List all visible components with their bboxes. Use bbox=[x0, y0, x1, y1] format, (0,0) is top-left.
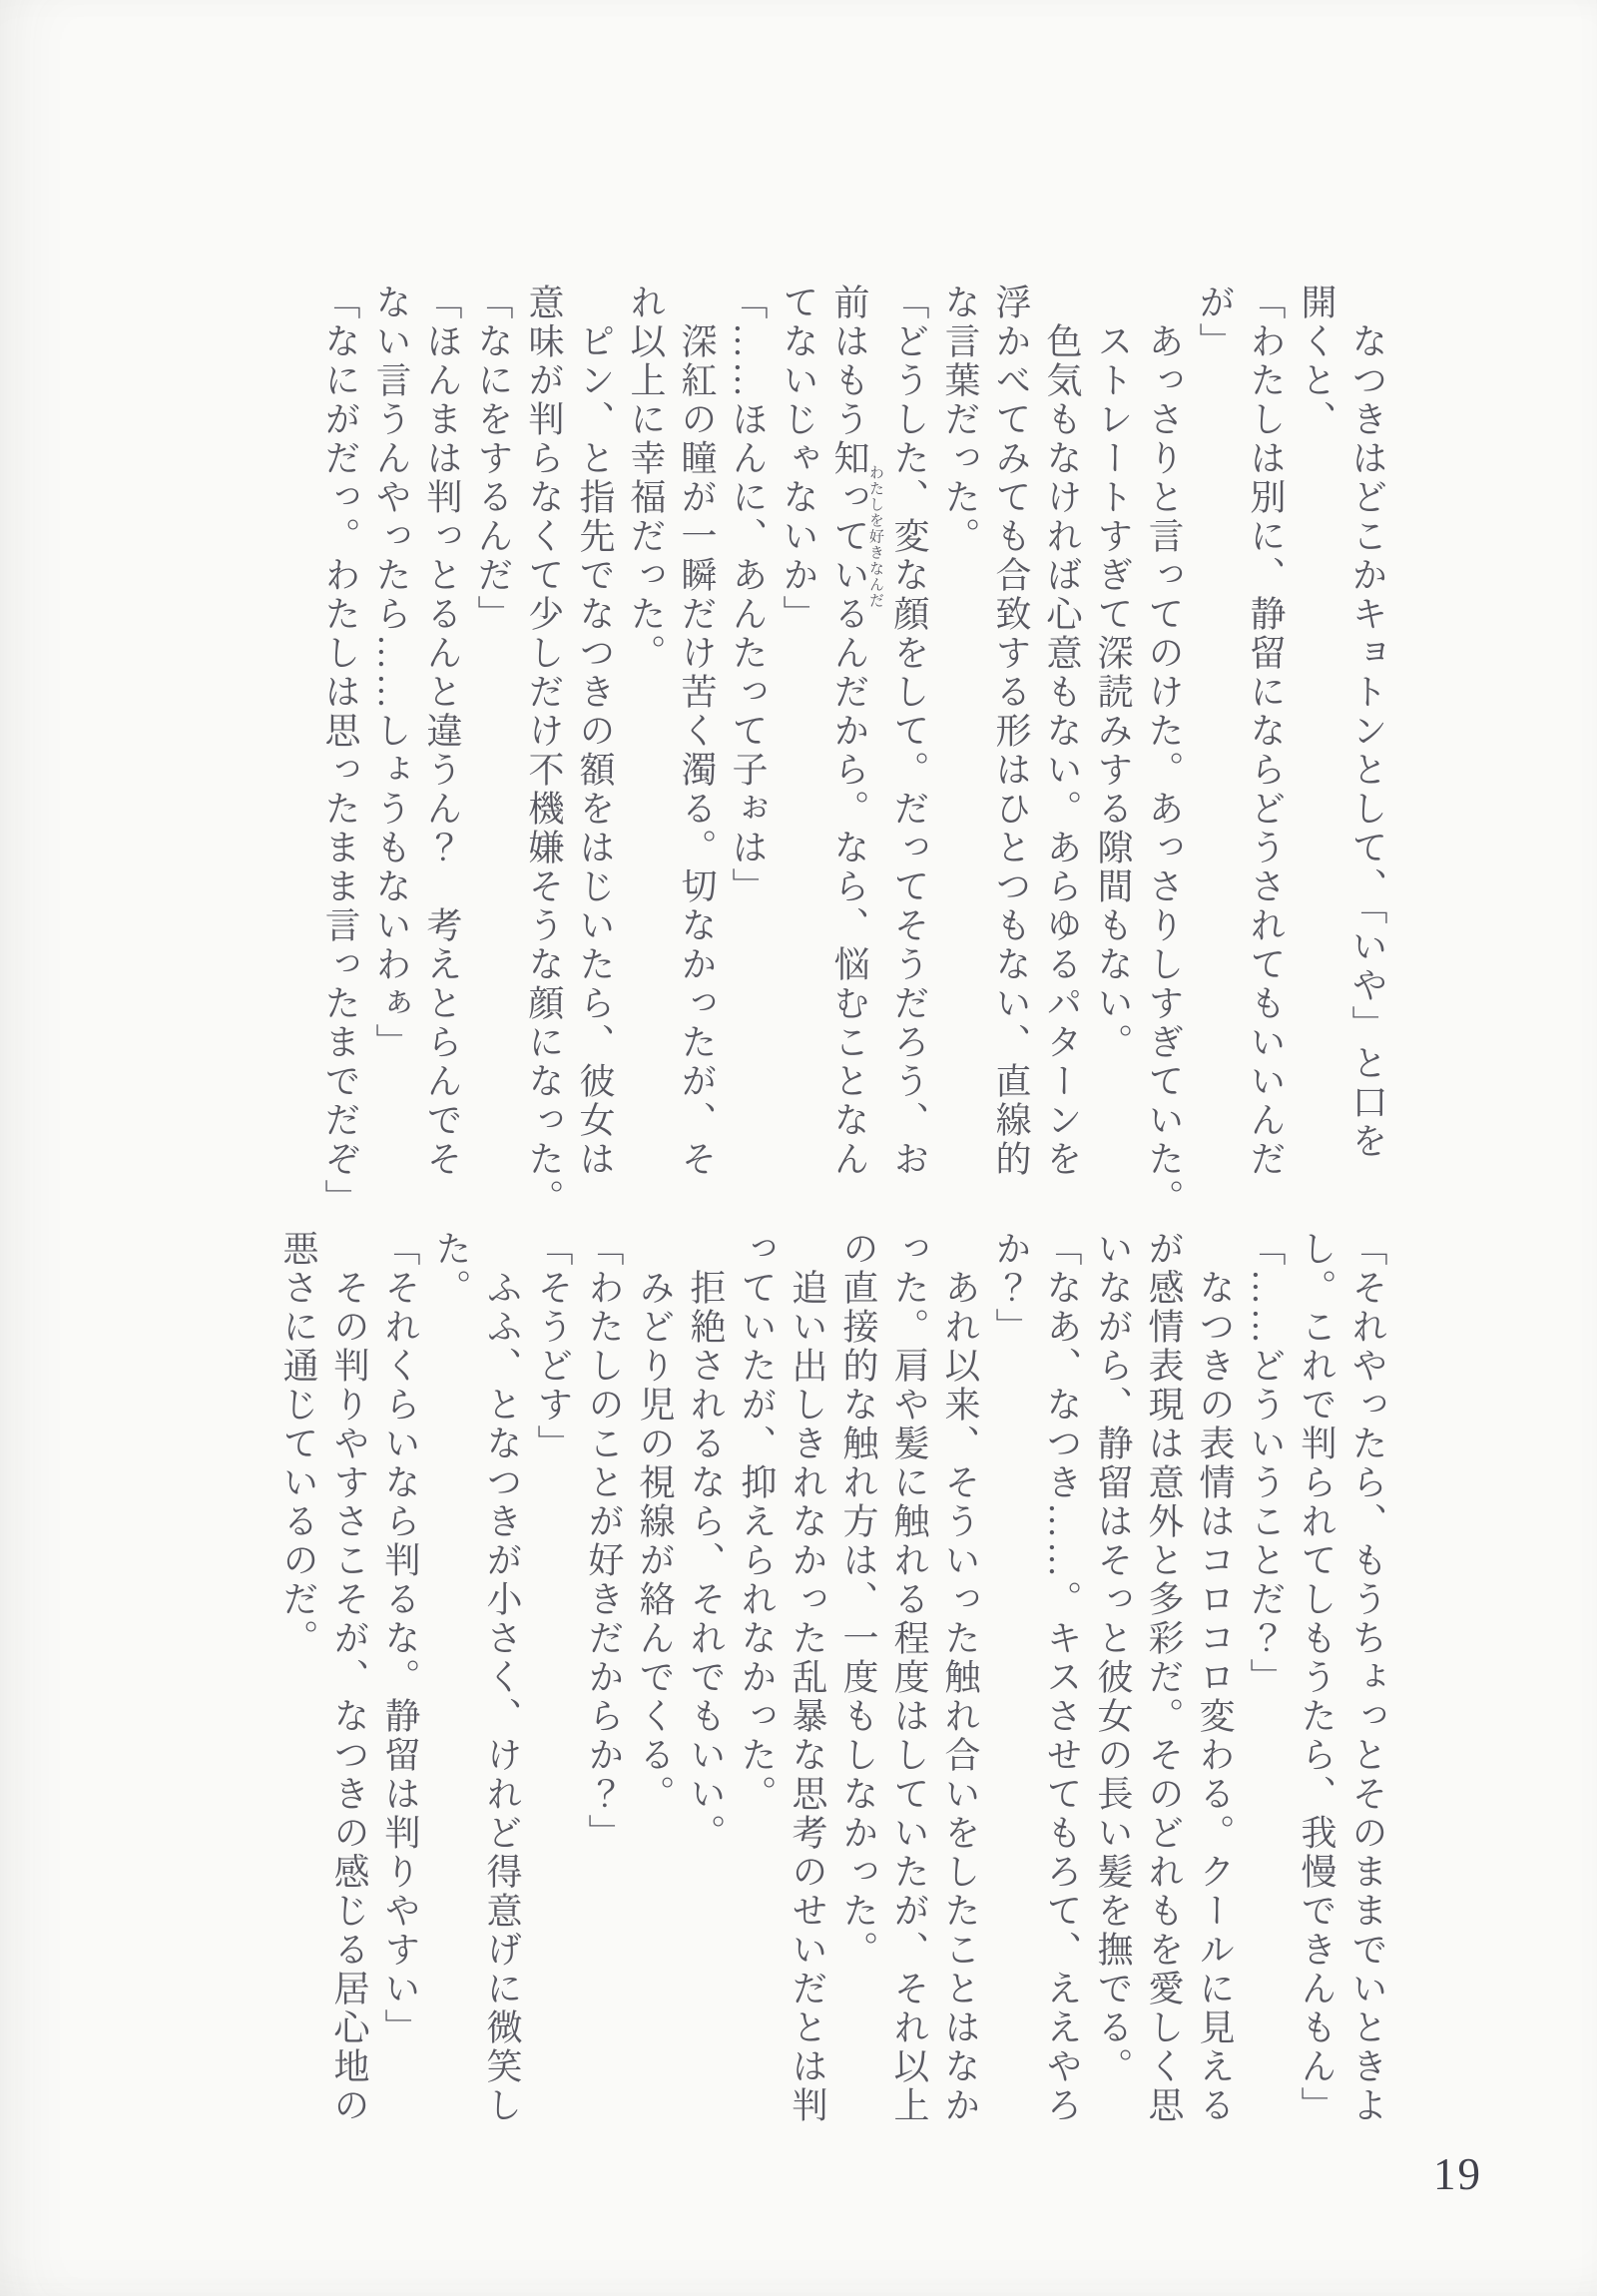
text-line: の直接的な触れ方は、一度もしなかった。 bbox=[832, 1230, 883, 2180]
text-line: あっさりと言ってのけた。あっさりしすぎていた。 bbox=[1138, 284, 1189, 1234]
text-line: その判りやすさこそが、なつきの感じる居心地の bbox=[323, 1230, 374, 2180]
text-line: 色気もなければ心意もない。あらゆるパターンを bbox=[1036, 284, 1087, 1234]
text-line: あれ以来、そういった触れ合いをしたことはなか bbox=[934, 1230, 985, 2180]
text-line: 開くと、 bbox=[1291, 284, 1341, 1234]
text-line: 「わたしは別に、静留にならどうされてもいいんだ bbox=[1240, 284, 1291, 1234]
scanned-novel-page: { "page": { "page_number": "19", "colors… bbox=[0, 0, 1597, 2296]
text-line: ふふ、となつきが小さく、けれど得意げに微笑し bbox=[476, 1230, 527, 2180]
text-line: 追い出しきれなかった乱暴な思考のせいだとは判 bbox=[782, 1230, 832, 2180]
text-line: なつきはどこかキョトンとして、「いや」と口を bbox=[1341, 284, 1392, 1234]
ruby-annotation: もう知っているんだわたしを好きなんだ bbox=[829, 361, 869, 712]
text-line: みどり児の視線が絡んでくる。 bbox=[629, 1230, 680, 2180]
text-line: ピン、と指先でなつきの額をはじいたら、彼女は bbox=[569, 284, 620, 1234]
text-line: いながら、静留はそっと彼女の長い髪を撫でる。 bbox=[1087, 1230, 1138, 2180]
text-line: なつきの表情はコロコロ変わる。クールに見える bbox=[1189, 1230, 1240, 2180]
text-line: 「それくらいなら判るな。静留は判りやすい」 bbox=[374, 1230, 425, 2180]
text-line: 「なにをするんだ」 bbox=[467, 284, 518, 1234]
text-line: し。これで判られてしもうたら、我慢できんもん」 bbox=[1291, 1230, 1341, 2180]
text-line: 「なにがだっ。わたしは思ったまま言ったまでだぞ」 bbox=[314, 284, 365, 1234]
page-number: 19 bbox=[1433, 2148, 1482, 2200]
text-line: 「なあ、なつき……。キスさせてもろて、ええやろ bbox=[1036, 1230, 1087, 2180]
text-line: 「ほんまは判っとるんと違うん？ 考えとらんでそ bbox=[416, 284, 467, 1234]
text-line: っていたが、抑えられなかった。 bbox=[731, 1230, 782, 2180]
text-line: な言葉だった。 bbox=[934, 284, 985, 1234]
text-line: 「そうどす」 bbox=[527, 1230, 578, 2180]
text-line: 「どうした、変な顔をして。だってそうだろう、お bbox=[883, 284, 934, 1234]
text-line: 意味が判らなくて少しだけ不機嫌そうな顔になった。 bbox=[518, 284, 569, 1234]
text-line: 「……ほんに、あんたって子ぉは」 bbox=[722, 284, 773, 1234]
text-line: 「それやったら、もうちょっとそのままでいときよ bbox=[1341, 1230, 1392, 2180]
vertical-text-block-bottom: 「それやったら、もうちょっとそのままでいときよし。これで判られてしもうたら、我慢… bbox=[269, 1230, 1392, 2180]
text-line: た。 bbox=[425, 1230, 476, 2180]
text-line: てないじゃないか」 bbox=[773, 284, 823, 1234]
vertical-text-block-top: なつきはどこかキョトンとして、「いや」と口を開くと、「わたしは別に、静留にならど… bbox=[319, 284, 1392, 1234]
text-line: った。肩や髪に触れる程度はしていたが、それ以上 bbox=[883, 1230, 934, 2180]
text-line: 「わたしのことが好きだからか？」 bbox=[578, 1230, 629, 2180]
text-line: ストレートすぎて深読みする隙間もない。 bbox=[1087, 284, 1138, 1234]
text-line: 浮かべてみても合致する形はひとつもない、直線的 bbox=[985, 284, 1036, 1234]
text-line: 悪さに通じているのだ。 bbox=[272, 1230, 323, 2180]
text-line: 深紅の瞳が一瞬だけ苦く濁る。切なかったが、そ bbox=[671, 284, 722, 1234]
text-line: 「……どういうことだ？」 bbox=[1240, 1230, 1291, 2180]
text-line: が感情表現は意外と多彩だ。そのどれもを愛しく思 bbox=[1138, 1230, 1189, 2180]
text-line: ない言うんやったら……しょうもないわぁ」 bbox=[365, 284, 416, 1234]
text-line: 拒絶されるなら、それでもいい。 bbox=[680, 1230, 731, 2180]
text-line: が」 bbox=[1189, 284, 1240, 1234]
text-line: れ以上に幸福だった。 bbox=[620, 284, 671, 1234]
text-line: か？」 bbox=[985, 1230, 1036, 2180]
text-line-with-ruby: 前はもう知っているんだわたしを好きなんだから。なら、悩むことなん bbox=[823, 284, 883, 1234]
